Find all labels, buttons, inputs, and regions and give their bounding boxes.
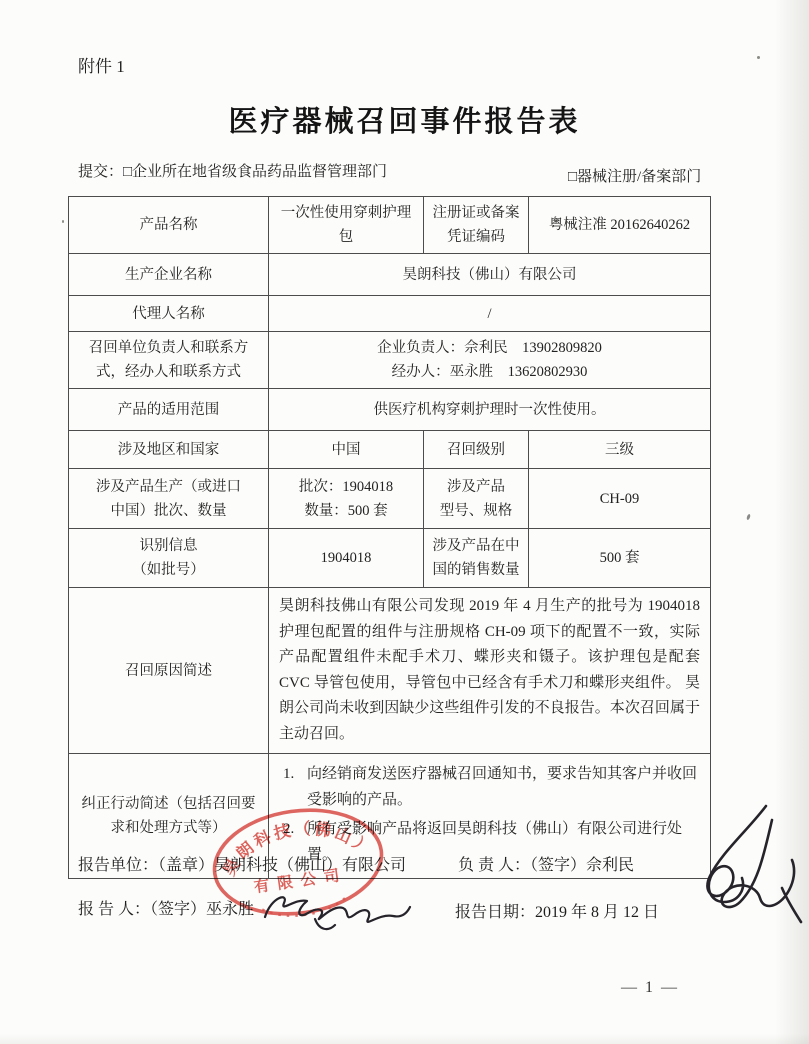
table-row: 涉及地区和国家 中国 召回级别 三级: [69, 431, 711, 469]
contact-value: 企业负责人：佘利民 13902809820 经办人：巫永胜 1362080293…: [269, 332, 711, 389]
table-row: 识别信息 （如批号） 1904018 涉及产品在中 国的销售数量 500 套: [69, 529, 711, 588]
reg-code-value: 粤械注准 20162640262: [529, 197, 711, 254]
scope-value: 供医疗机构穿刺护理时一次性使用。: [269, 389, 711, 431]
manufacturer-label: 生产企业名称: [69, 254, 269, 296]
sales-qty-value: 500 套: [529, 529, 711, 588]
contact-label: 召回单位负责人和联系方 式，经办人和联系方式: [69, 332, 269, 389]
scope-label: 产品的适用范围: [69, 389, 269, 431]
table-row: 召回单位负责人和联系方 式，经办人和联系方式 企业负责人：佘利民 1390280…: [69, 332, 711, 389]
recall-level-value: 三级: [529, 431, 711, 469]
table-row: 涉及产品生产（或进口 中国）批次、数量 批次：1904018 数量：500 套 …: [69, 469, 711, 529]
id-info-value: 1904018: [269, 529, 424, 588]
reason-value: 昊朗科技佛山有限公司发现 2019 年 4 月生产的批号为 1904018 护理…: [269, 588, 711, 754]
table-row: 产品名称 一次性使用穿刺护理 包 注册证或备案 凭证编码 粤械注准 201626…: [69, 197, 711, 254]
footer-report-unit: 报告单位：（盖章）昊朗科技（佛山）有限公司: [78, 852, 406, 875]
manufacturer-value: 昊朗科技（佛山）有限公司: [269, 254, 711, 296]
table-row: 代理人名称 /: [69, 296, 711, 332]
batch-value: 批次：1904018 数量：500 套: [269, 469, 424, 529]
table-row: 产品的适用范围 供医疗机构穿刺护理时一次性使用。: [69, 389, 711, 431]
region-label: 涉及地区和国家: [69, 431, 269, 469]
scan-bottom-shadow: [0, 1034, 809, 1044]
reporter-signature-scribble: [255, 885, 415, 940]
table-row: 生产企业名称 昊朗科技（佛山）有限公司: [69, 254, 711, 296]
scan-speck: [757, 56, 760, 59]
reg-code-label: 注册证或备案 凭证编码: [424, 197, 529, 254]
submit-option-registration: □器械注册/备案部门: [568, 165, 701, 186]
sales-qty-label: 涉及产品在中 国的销售数量: [424, 529, 529, 588]
product-name-label: 产品名称: [69, 197, 269, 254]
recall-report-table: 产品名称 一次性使用穿刺护理 包 注册证或备案 凭证编码 粤械注准 201626…: [68, 196, 711, 879]
scanned-document-page: 附件 1 医疗器械召回事件报告表 提交：□企业所在地省级食品药品监督管理部门 □…: [0, 0, 809, 1044]
right-margin-signature-scribble: [686, 796, 806, 941]
model-value: CH-09: [529, 469, 711, 529]
scan-speck: [62, 220, 64, 223]
footer-report-date: 报告日期：2019 年 8 月 12 日: [455, 899, 659, 922]
submit-option-provincial: 提交：□企业所在地省级食品药品监督管理部门: [78, 160, 387, 181]
agent-label: 代理人名称: [69, 296, 269, 332]
id-info-label: 识别信息 （如批号）: [69, 529, 269, 588]
attachment-label: 附件 1: [78, 52, 125, 77]
reason-label: 召回原因简述: [69, 588, 269, 754]
region-value: 中国: [269, 431, 424, 469]
product-name-value: 一次性使用穿刺护理 包: [269, 197, 424, 254]
model-label: 涉及产品 型号、规格: [424, 469, 529, 529]
table-row: 召回原因简述 昊朗科技佛山有限公司发现 2019 年 4 月生产的批号为 190…: [69, 588, 711, 754]
batch-label: 涉及产品生产（或进口 中国）批次、数量: [69, 469, 269, 529]
footer-responsible-person: 负 责 人：（签字）佘利民: [458, 852, 634, 875]
agent-value: /: [269, 296, 711, 332]
scan-speck: [746, 514, 751, 521]
page-number: — 1 —: [600, 979, 700, 997]
recall-level-label: 召回级别: [424, 431, 529, 469]
footer-reporter: 报 告 人：（签字）巫永胜: [78, 896, 254, 919]
page-title: 医疗器械召回事件报告表: [0, 99, 809, 140]
